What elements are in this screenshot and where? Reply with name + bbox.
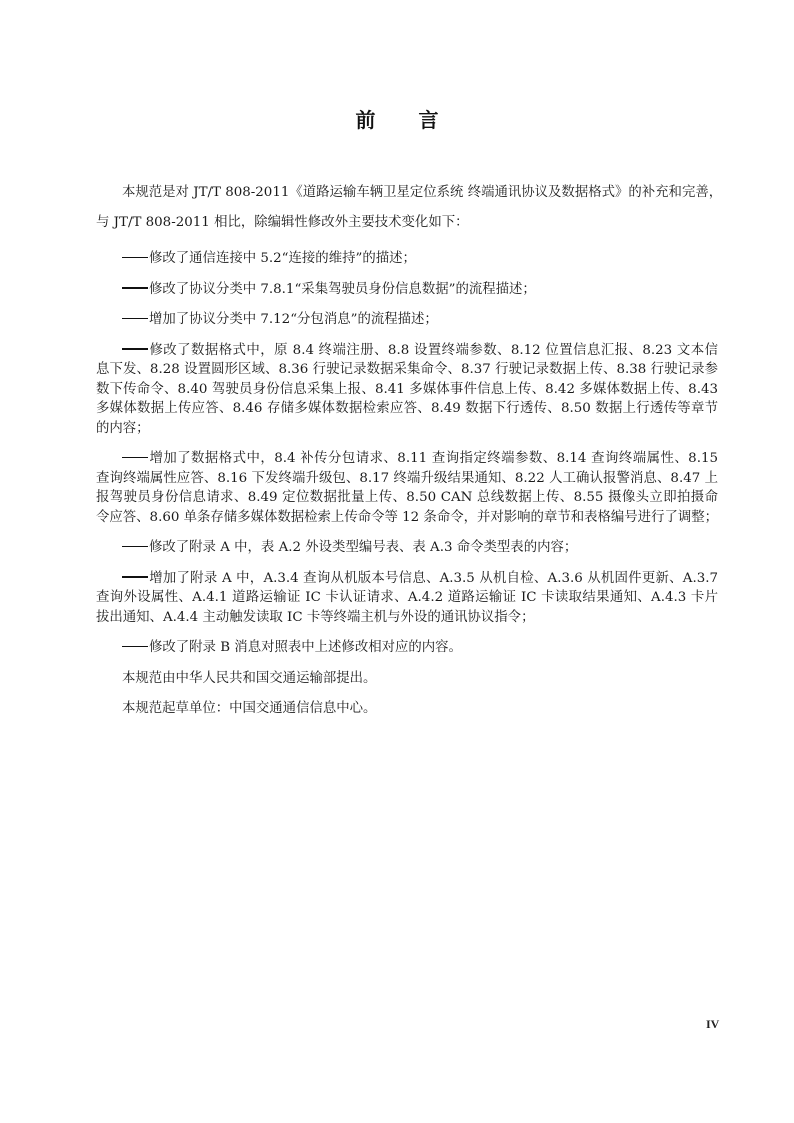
change-item: 修改了附录 A 中，表 A.2 外设类型编号表、表 A.3 命令类型表的内容； [96,538,718,558]
change-line: 报驾驶员身份信息请求、8.49 定位数据批量上传、8.50 CAN 总线数据上传… [96,488,718,508]
foreword-body: 本规范是对 JT/T 808-2011《道路运输车辆卫星定位系统 终端通讯协议及… [96,178,718,719]
change-item: 修改了通信连接中 5.2“连接的维持”的描述； [96,249,718,269]
change-line: 多媒体数据上传应答、8.46 存储多媒体数据检索应答、8.49 数据下行透传、8… [96,399,718,419]
change-line: 增加了协议分类中 7.12“分包消息”的流程描述； [96,310,718,330]
em-dash-marker [122,457,148,459]
change-line: 修改了通信连接中 5.2“连接的维持”的描述； [96,249,718,269]
page-title: 前 言 [0,104,794,133]
change-line: 令应答、8.60 单条存储多媒体数据检索上传命令等 12 条命令，并对影响的章节… [96,508,718,528]
change-line: 修改了协议分类中 7.8.1“采集驾驶员身份信息数据”的流程描述； [96,280,718,300]
change-line: 修改了附录 A 中，表 A.2 外设类型编号表、表 A.3 命令类型表的内容； [96,538,718,558]
change-item: 修改了附录 B 消息对照表中上述修改相对应的内容。 [96,638,718,658]
change-line: 查询外设属性、A.4.1 道路运输证 IC 卡认证请求、A.4.2 道路运输证 … [96,588,718,608]
proposer-statement: 本规范由中华人民共和国交通运输部提出。 [96,669,718,689]
change-item: 修改了协议分类中 7.8.1“采集驾驶员身份信息数据”的流程描述； [96,280,718,300]
change-line: 息下发、8.28 设置圆形区域、8.36 行驶记录数据采集命令、8.37 行驶记… [96,360,718,380]
drafting-unit-statement: 本规范起草单位：中国交通通信信息中心。 [96,699,718,719]
change-line: 增加了数据格式中，8.4 补传分包请求、8.11 查询指定终端参数、8.14 查… [96,449,718,469]
change-line: 修改了数据格式中，原 8.4 终端注册、8.8 设置终端参数、8.12 位置信息… [96,341,718,361]
intro-paragraph: 本规范是对 JT/T 808-2011《道路运输车辆卫星定位系统 终端通讯协议及… [96,178,718,238]
closing-line: 本规范起草单位：中国交通通信信息中心。 [96,699,718,719]
page-number: IV [706,1017,719,1032]
em-dash-marker [122,318,148,320]
change-line: 增加了附录 A 中，A.3.4 查询从机版本号信息、A.3.5 从机自检、A.3… [96,569,718,589]
intro-line: 与 JT/T 808-2011 相比，除编辑性修改外主要技术变化如下： [96,208,718,238]
change-line: 查询终端属性应答、8.16 下发终端升级包、8.17 终端升级结果通知、8.22… [96,469,718,489]
intro-line: 本规范是对 JT/T 808-2011《道路运输车辆卫星定位系统 终端通讯协议及… [96,178,718,208]
closing-line: 本规范由中华人民共和国交通运输部提出。 [96,669,718,689]
change-item: 增加了附录 A 中，A.3.4 查询从机版本号信息、A.3.5 从机自检、A.3… [96,569,718,628]
em-dash-marker [122,546,148,548]
em-dash-marker [122,287,148,289]
change-item: 增加了协议分类中 7.12“分包消息”的流程描述； [96,310,718,330]
change-item: 增加了数据格式中，8.4 补传分包请求、8.11 查询指定终端参数、8.14 查… [96,449,718,527]
change-line: 的内容； [96,419,718,439]
change-line: 修改了附录 B 消息对照表中上述修改相对应的内容。 [96,638,718,658]
change-item: 修改了数据格式中，原 8.4 终端注册、8.8 设置终端参数、8.12 位置信息… [96,341,718,439]
em-dash-marker [122,348,148,350]
change-line: 拔出通知、A.4.4 主动触发读取 IC 卡等终端主机与外设的通讯协议指令； [96,608,718,628]
change-line: 数下传命令、8.40 驾驶员身份信息采集上报、8.41 多媒体事件信息上传、8.… [96,380,718,400]
em-dash-marker [122,646,148,648]
em-dash-marker [122,257,148,259]
em-dash-marker [122,576,148,578]
